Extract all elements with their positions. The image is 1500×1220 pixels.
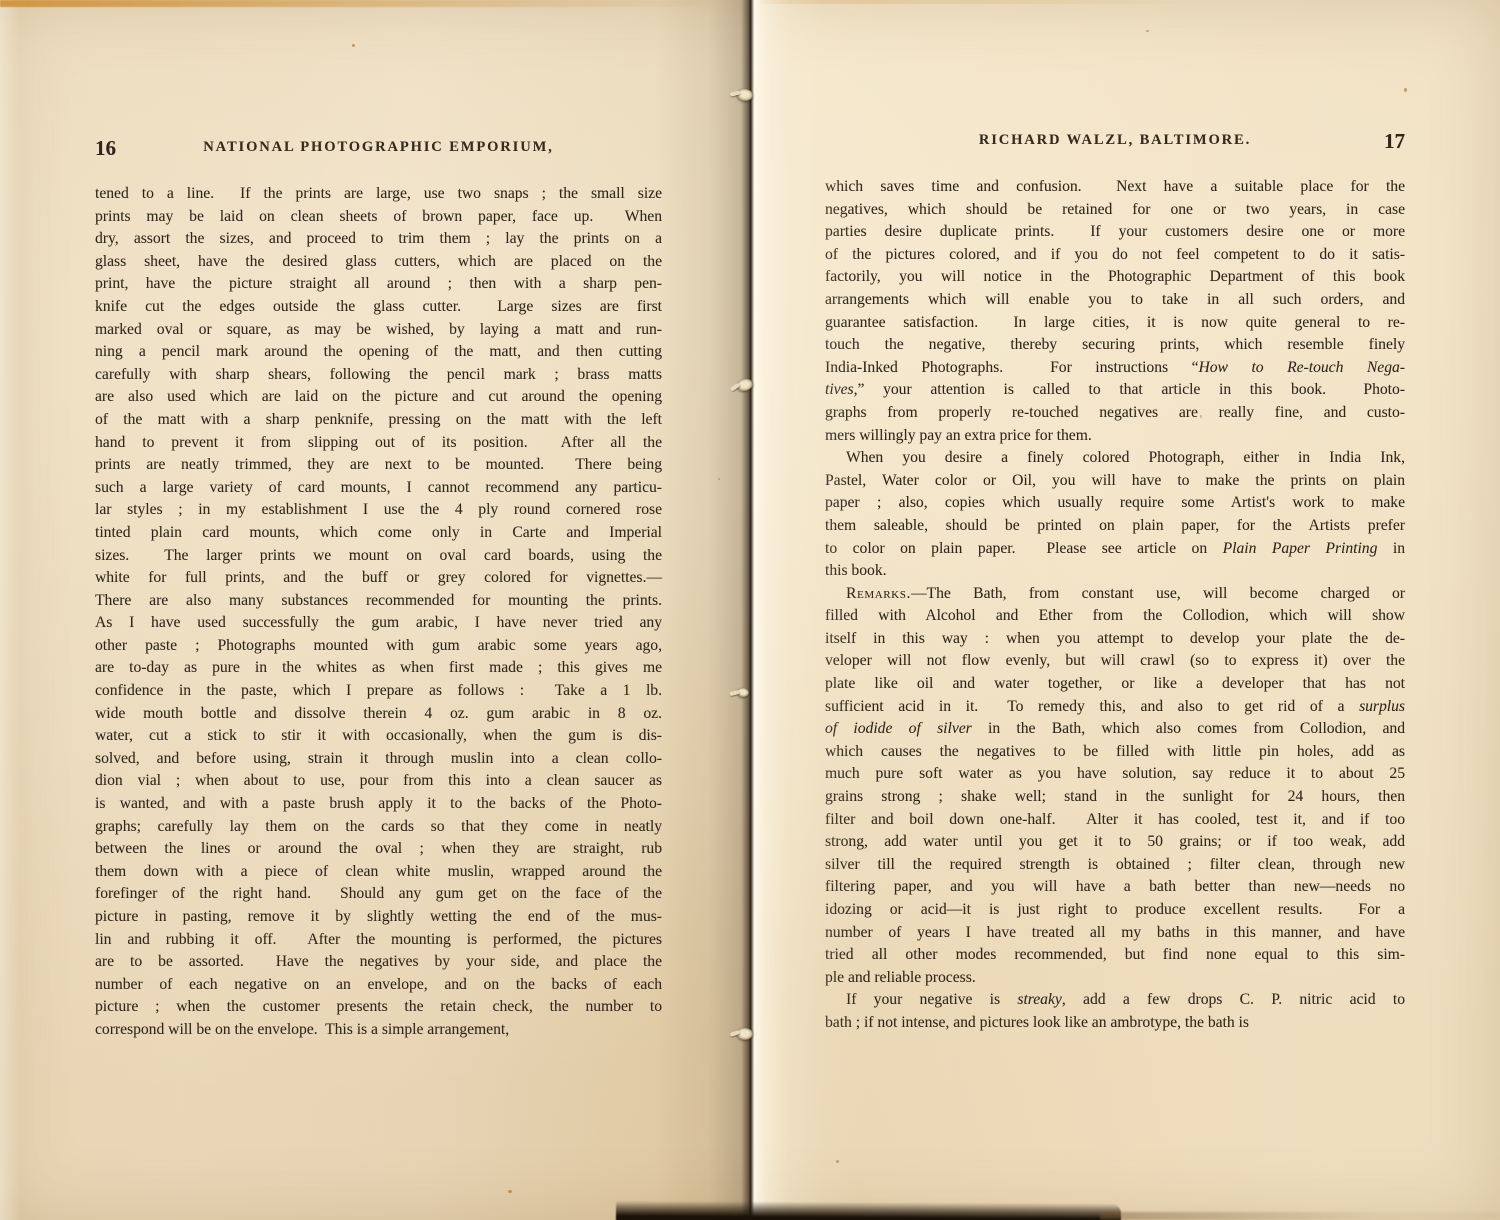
text-line: white for full prints, and the buff or g… [95,567,662,590]
text-line: are to-day as pure in the whites as when… [95,657,662,680]
text-line: Remarks.—The Bath, from constant use, wi… [825,583,1405,606]
text-line: which saves time and confusion. Next hav… [825,176,1405,199]
text-line: graphs; carefully lay them on the cards … [95,816,662,839]
text-line: prints may be laid on clean sheets of br… [95,206,662,229]
text-line: guarantee satisfaction. In large cities,… [825,312,1405,335]
foxing-speck [1200,415,1202,418]
text-line: hand to prevent it from slipping out of … [95,432,662,455]
text-line: dry, assort the sizes, and proceed to tr… [95,228,662,251]
text-line: them down with a piece of clean white mu… [95,861,662,884]
text-line: factorily, you will notice in the Photog… [825,266,1405,289]
text-line: filtering paper, and you will have a bat… [825,876,1405,899]
page-17-text: which saves time and confusion. Next hav… [825,176,1405,1035]
text-line: tinted plain card mounts, which come onl… [95,522,662,545]
text-line: of the matt with a sharp penknife, press… [95,409,662,432]
text-line: to color on plain paper. Please see arti… [825,538,1405,561]
foxing-speck [718,478,720,480]
text-line: itself in this way : when you attempt to… [825,628,1405,651]
text-line: strong, add water until you get it to 50… [825,831,1405,854]
text-line: of the pictures colored, and if you do n… [825,244,1405,267]
text-line: If your negative is streaky, add a few d… [825,989,1405,1012]
text-line: forefinger of the right hand. Should any… [95,883,662,906]
text-line: number of years I have treated all my ba… [825,922,1405,945]
text-line: tried all other modes recommended, but f… [825,944,1405,967]
text-line: idozing or acid—it is just right to prod… [825,899,1405,922]
text-line: other paste ; Photographs mounted with g… [95,635,662,658]
text-line: silver till the required strength is obt… [825,854,1405,877]
book-bottom-edge-shadow [616,1200,1121,1220]
text-line: number of each negative on an envelope, … [95,974,662,997]
text-line: grains strong ; shake well; stand in the… [825,786,1405,809]
text-line: ple and reliable process. [825,967,1405,990]
text-line: water, cut a stick to stir it with occas… [95,725,662,748]
foxing-speck [1146,30,1149,32]
page-16: 16 NATIONAL PHOTOGRAPHIC EMPORIUM, tened… [0,0,748,1220]
running-header-right: RICHARD WALZL, BALTIMORE. [825,132,1405,149]
text-line: is wanted, and with a paste brush apply … [95,793,662,816]
text-line: carefully with sharp shears, following t… [95,364,662,387]
text-line: are also used which are laid on the pict… [95,386,662,409]
text-line: marked oval or square, as may be wished,… [95,319,662,342]
text-line: arrangements which will enable you to ta… [825,289,1405,312]
text-line: picture in pasting, remove it by slightl… [95,906,662,929]
binding-stitch [736,378,753,392]
text-line: prints are neatly trimmed, they are next… [95,454,662,477]
foxing-speck [96,556,98,558]
foxing-speck [1404,88,1407,92]
text-line: filter and boil down one-half. Alter it … [825,809,1405,832]
page-16-header: 16 NATIONAL PHOTOGRAPHIC EMPORIUM, [95,136,662,160]
text-line: lar styles ; in my establishment I use t… [95,499,662,522]
text-line: There are also many substances recommend… [95,590,662,613]
text-line: bath ; if not intense, and pictures look… [825,1012,1405,1035]
text-line: them saleable, should be printed on plai… [825,515,1405,538]
foxing-speck [508,1190,512,1193]
text-line: sizes. The larger prints we mount on ova… [95,545,662,568]
text-line: print, have the picture straight all aro… [95,273,662,296]
text-line: wide mouth bottle and dissolve therein 4… [95,703,662,726]
foxing-speck [352,44,355,47]
text-line: tives,” your attention is called to that… [825,379,1405,402]
book-bottom-edge-right [1100,1212,1500,1220]
text-line: mers willingly pay an extra price for th… [825,425,1405,448]
text-line: correspond will be on the envelope. This… [95,1019,662,1042]
text-line: dion vial ; when about to use, pour from… [95,770,662,793]
text-line: parties desire duplicate prints. If your… [825,221,1405,244]
text-line: graphs from properly re-touched negative… [825,402,1405,425]
text-line: paper ; also, copies which usually requi… [825,492,1405,515]
text-line: tened to a line. If the prints are large… [95,183,662,206]
page-17-header: RICHARD WALZL, BALTIMORE. 17 [825,129,1405,153]
text-line: India-Inked Photographs. For instruction… [825,357,1405,380]
text-line: solved, and before using, strain it thro… [95,748,662,771]
text-line: between the lines or around the oval ; w… [95,838,662,861]
text-line: negatives, which should be retained for … [825,199,1405,222]
page-16-text: tened to a line. If the prints are large… [95,183,662,1042]
text-line: Pastel, Water color or Oil, you will hav… [825,470,1405,493]
text-line: veloper will not flow evenly, but will c… [825,650,1405,673]
page-17: RICHARD WALZL, BALTIMORE. 17 which saves… [752,0,1500,1220]
text-line: confidence in the paste, which I prepare… [95,680,662,703]
text-line: When you desire a finely colored Photogr… [825,447,1405,470]
text-line: of iodide of silver in the Bath, which a… [825,718,1405,741]
page-number-17: 17 [1384,129,1405,154]
text-line: touch the negative, thereby securing pri… [825,334,1405,357]
text-line: filled with Alcohol and Ether from the C… [825,605,1405,628]
text-line: much pure soft water as you have solutio… [825,763,1405,786]
text-line: are to be assorted. Have the negatives b… [95,951,662,974]
text-line: which causes the negatives to be filled … [825,741,1405,764]
text-line: knife cut the edges outside the glass cu… [95,296,662,319]
text-line: glass sheet, have the desired glass cutt… [95,251,662,274]
text-line: picture ; when the customer presents the… [95,996,662,1019]
book-spread: 16 NATIONAL PHOTOGRAPHIC EMPORIUM, tened… [0,0,1500,1220]
foxing-speck [836,1160,839,1163]
text-line: plate like oil and water together, or li… [825,673,1405,696]
text-line: lin and rubbing it off. After the mounti… [95,929,662,952]
text-line: this book. [825,560,1405,583]
running-header-left: NATIONAL PHOTOGRAPHIC EMPORIUM, [95,139,662,156]
text-line: such a large variety of card mounts, I c… [95,477,662,500]
text-line: As I have used successfully the gum arab… [95,612,662,635]
text-line: ning a pencil mark around the opening of… [95,341,662,364]
text-line: sufficient acid in it. To remedy this, a… [825,696,1405,719]
